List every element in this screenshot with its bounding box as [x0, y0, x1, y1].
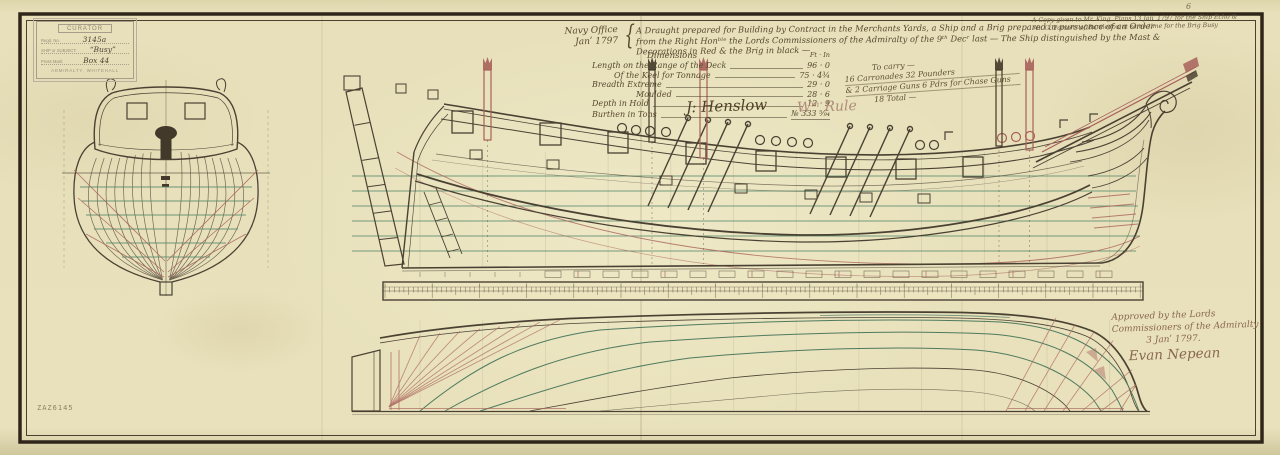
- keel-tick-row: [420, 271, 1112, 278]
- half-breadth-plan: [352, 312, 1150, 414]
- stamp-header: CURATOR: [58, 24, 112, 33]
- stamp-label: Regd. No.: [41, 38, 60, 43]
- halfbreadth-red-cants: [389, 318, 1136, 411]
- stamp-value: Box 44: [63, 57, 129, 64]
- scale-bar: [383, 282, 1143, 300]
- mast-red-bow: [1025, 57, 1034, 150]
- body-plan: [62, 79, 270, 296]
- curator-stamp: CURATOR Regd. No. 3145a SHIP or SUBJECT:…: [36, 21, 134, 79]
- rudder: [344, 76, 404, 266]
- stamp-value: 3145a: [60, 36, 129, 43]
- mast-red-main: [483, 57, 492, 140]
- sheer-plan: [344, 57, 1199, 411]
- timberheads: [618, 124, 939, 150]
- draught-drawing: [0, 0, 1280, 455]
- rail-cleats: [945, 114, 1098, 140]
- bow-red-details: [1088, 194, 1138, 228]
- body-gunport-left: [127, 103, 147, 119]
- mast-black-fore: [995, 57, 1003, 146]
- ship-draught-sheet: CURATOR Regd. No. 3145a SHIP or SUBJECT:…: [0, 0, 1280, 455]
- body-gunport-right: [185, 103, 205, 119]
- halfbreadth-transom: [352, 350, 380, 411]
- bowsprit: [1033, 57, 1199, 168]
- sheer-keel: [402, 263, 1102, 268]
- stamp-row-ship: SHIP or SUBJECT: “Busy”: [41, 46, 129, 54]
- halfbreadth-waterlines: [420, 320, 1139, 411]
- stamp-label: Press Mark:: [41, 59, 63, 64]
- mast-black-main: [648, 57, 656, 142]
- timberheads-red: [998, 132, 1035, 143]
- stamp-row-pressmark: Press Mark: Box 44: [41, 57, 129, 65]
- stamp-row-regno: Regd. No. 3145a: [41, 36, 129, 44]
- stamp-footer: ADMIRALTY, WHITEHALL: [41, 68, 129, 73]
- stamp-value: “Busy”: [77, 46, 129, 53]
- cap-rail: [444, 104, 1090, 155]
- stamp-label: SHIP or SUBJECT:: [41, 48, 77, 53]
